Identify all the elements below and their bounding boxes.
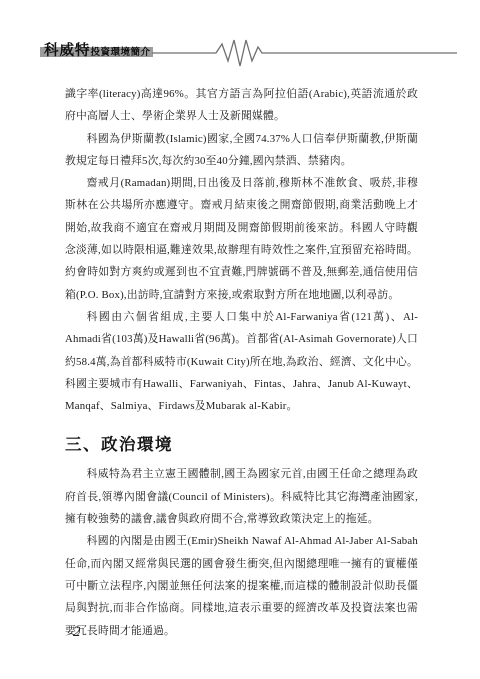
header-title-main: 科威特 [44,44,91,59]
section-heading: 三、政治環境 [65,431,418,455]
document-body: 識字率(literacy)高達96%。其官方語言為阿拉伯語(Arabic),英語… [65,83,418,642]
paragraph: 科國由六個省組成,主要人口集中於Al-Farwaniya省(121萬)、Al-A… [65,306,418,417]
document-page: 科威特投資環境簡介 識字率(literacy)高達96%。其官方語言為阿拉伯語(… [0,0,480,679]
paragraph: 科威特為君主立憲王國體制,國王為國家元首,由國王任命之總理為政府首長,領導內閣會… [65,463,418,530]
paragraph: 識字率(literacy)高達96%。其官方語言為阿拉伯語(Arabic),英語… [65,83,418,128]
header-title: 科威特投資環境簡介 [44,36,151,58]
paragraph: 科國的內閣是由國王(Emir)Sheikh Nawaf Al-Ahmad Al-… [65,530,418,641]
header-title-sub: 投資環境簡介 [91,47,151,58]
page-number: 2 [73,624,81,641]
paragraph: 科國為伊斯蘭教(Islamic)國家,全國74.37%人口信奉伊斯蘭教,伊斯蘭教… [65,128,418,173]
heartbeat-rule-icon [152,38,457,68]
paragraph: 齋戒月(Ramadan)期間,日出後及日落前,穆斯林不准飲食、吸菸,非穆斯林在公… [65,172,418,306]
